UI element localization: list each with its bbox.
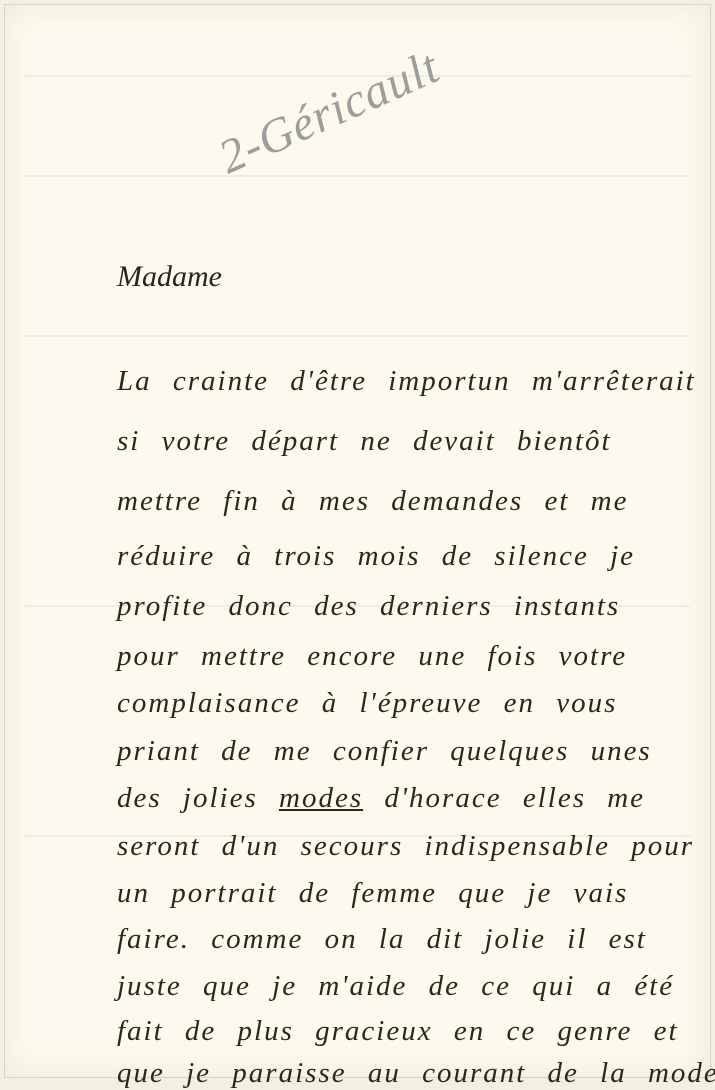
letter-line: un portrait de femme que je vais	[117, 877, 697, 910]
letter-line: fait de plus gracieux en ce genre et	[117, 1015, 697, 1048]
salutation: Madame	[117, 260, 222, 294]
letter-line: seront d'un secours indispensable pour	[117, 830, 697, 863]
letter-line: juste que je m'aide de ce qui a été	[117, 970, 697, 1003]
letter-line: profite donc des derniers instants	[117, 590, 697, 623]
letter-line: faire. comme on la dit jolie il est	[117, 923, 697, 956]
letter-line: réduire à trois mois de silence je	[117, 540, 697, 573]
letter-page: 2-Géricault Madame La crainte d'être imp…	[4, 4, 711, 1078]
letter-line: complaisance à l'épreuve en vous	[117, 687, 697, 720]
letter-line: pour mettre encore une fois votre	[117, 640, 697, 673]
archive-pencil-mark: 2-Géricault	[211, 39, 448, 185]
show-through-line	[25, 175, 690, 177]
letter-line: si votre départ ne devait bientôt	[117, 425, 697, 458]
letter-line: priant de me confier quelques unes	[117, 735, 697, 768]
underlined-word: modes	[279, 782, 363, 814]
show-through-line	[25, 335, 690, 337]
letter-line-with-underline: des jolies modes d'horace elles me	[117, 782, 697, 815]
letter-line: que je paraisse au courant de la mode	[117, 1057, 697, 1080]
letter-line: La crainte d'être importun m'arrêterait	[117, 365, 697, 398]
letter-line: mettre fin à mes demandes et me	[117, 485, 697, 518]
